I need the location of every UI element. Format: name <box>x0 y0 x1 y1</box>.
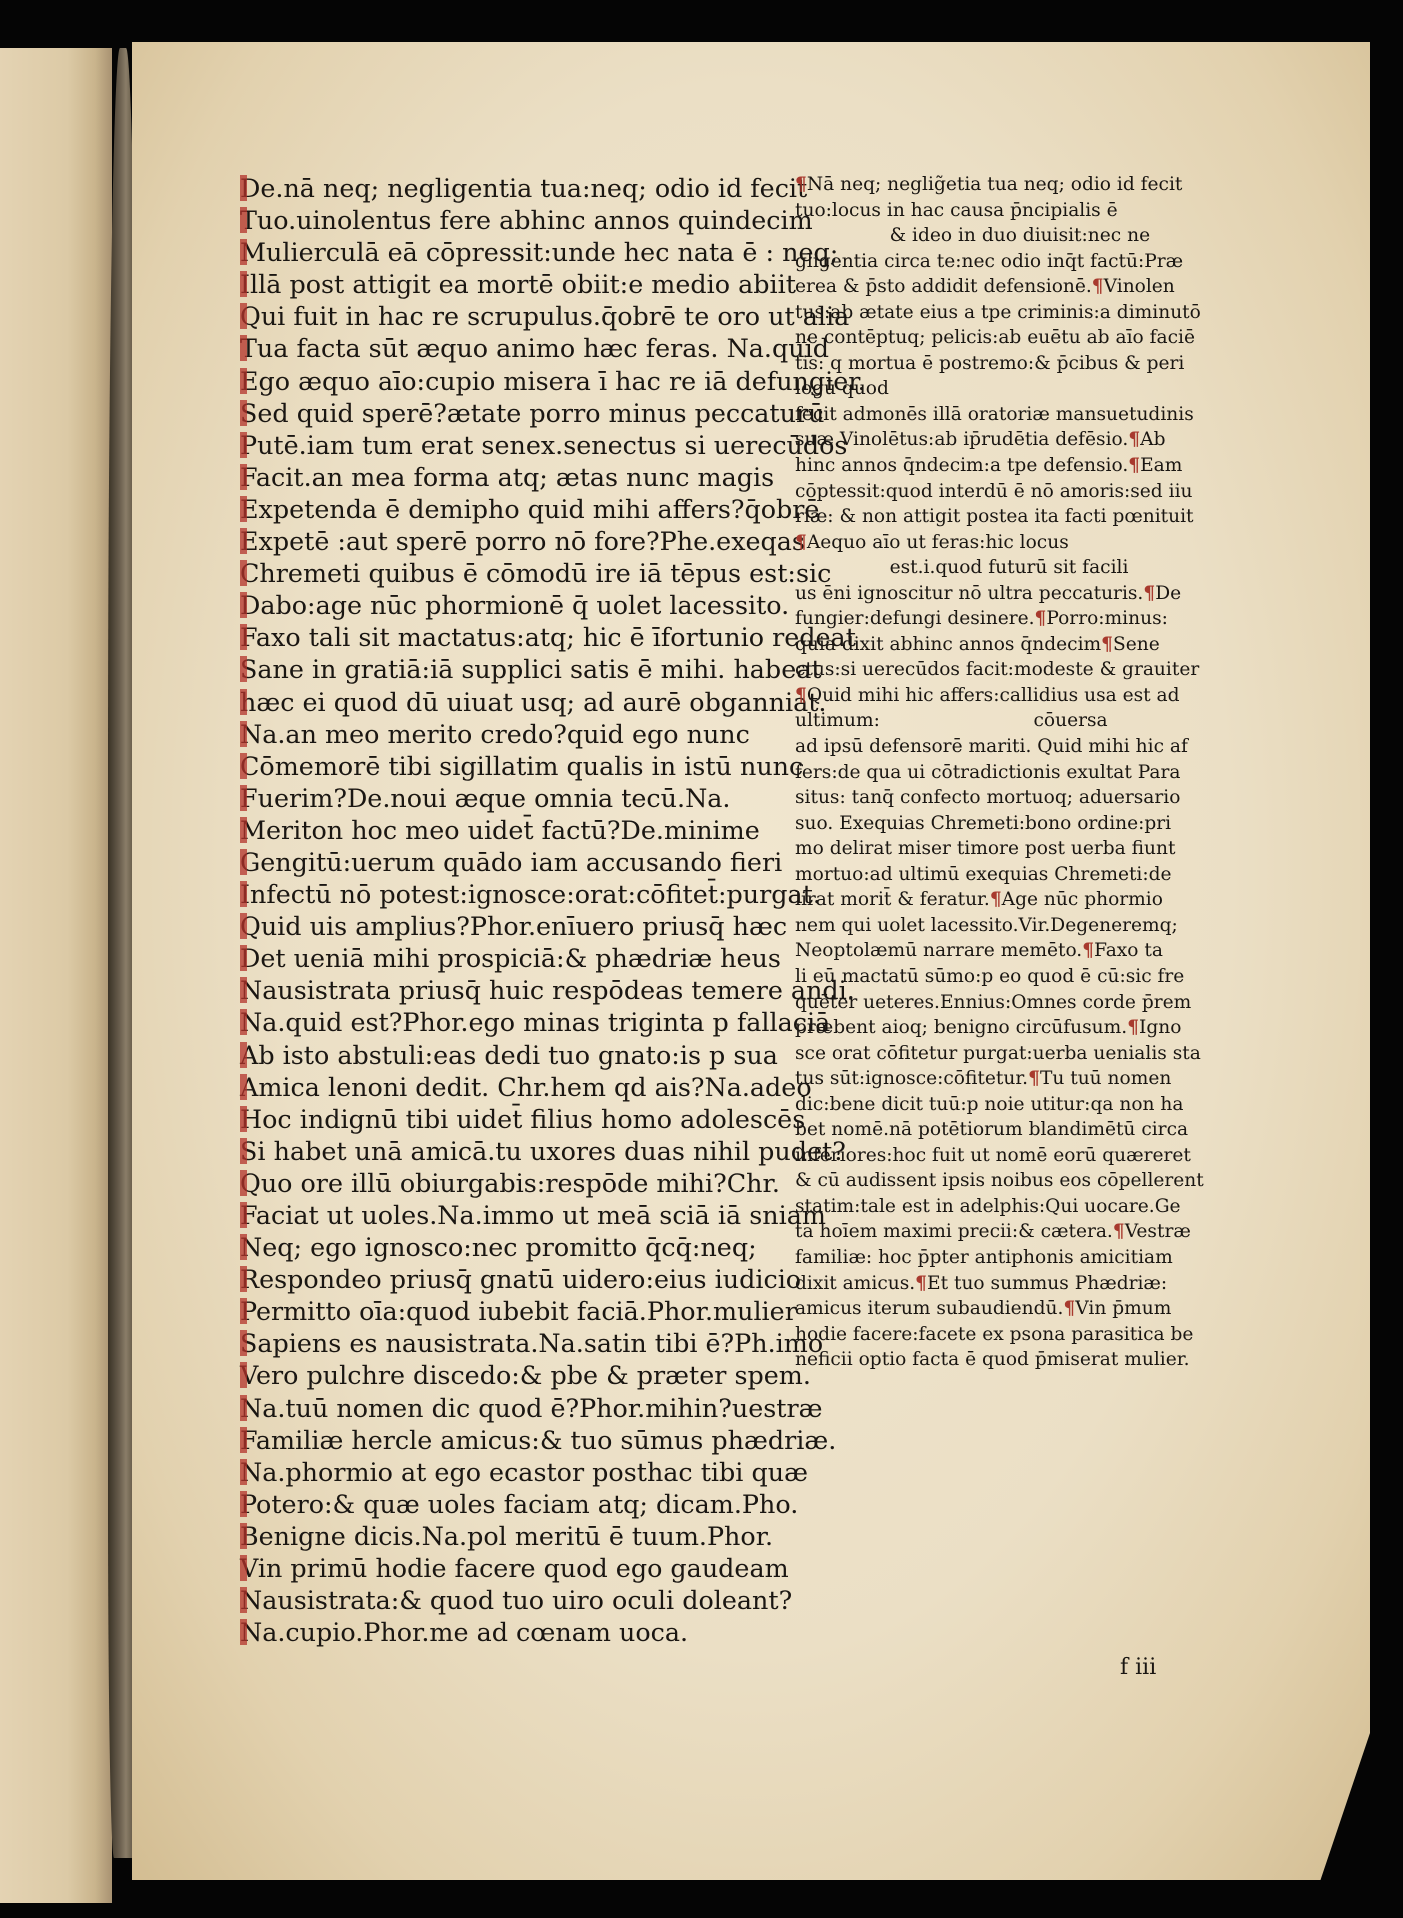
rubric-stroke <box>240 1074 247 1100</box>
paragraph-mark-icon: ¶ <box>1143 583 1155 604</box>
commentary-line: fers:de qua ui cōtradictionis exultat Pa… <box>795 760 1180 786</box>
main-text-line: Na.an meo merito credo?quid ego nunc <box>240 718 760 750</box>
main-text-line: Familiæ hercle amicus:& tuo sūmus phædri… <box>240 1424 760 1456</box>
main-text-line: Quo ore illū obiurgabis:respōde mihi?Chr… <box>240 1167 760 1199</box>
rubric-stroke <box>240 335 247 361</box>
paragraph-mark-icon: ¶ <box>990 889 1002 910</box>
rubric-stroke <box>240 1138 247 1164</box>
rubric-stroke <box>240 1491 247 1517</box>
main-text-line: Benigne dicis.Na.pol meritū ē tuum.Phor. <box>240 1520 760 1552</box>
rubric-stroke <box>240 496 247 522</box>
commentary-line: familiæ: hoc p̄pter antiphonis amicitiam <box>795 1245 1180 1271</box>
commentary-line: cōptessit:quod interdū ē nō amoris:sed i… <box>795 479 1180 505</box>
rubric-stroke <box>240 1362 247 1388</box>
commentary-line: dixit amicus.¶Et tuo summus Phædriæ: <box>795 1271 1180 1297</box>
commentary-line: quia dixit abhinc annos q̄ndecim¶Sene <box>795 632 1180 658</box>
main-text-line: Nausistrata priusq̄ huic respōdeas temer… <box>240 974 760 1006</box>
rubric-stroke <box>240 400 247 426</box>
paragraph-mark-icon: ¶ <box>1092 276 1104 297</box>
rubric-stroke <box>240 1587 247 1613</box>
commentary-line: ¶Nā neq; neglig̃etia tua neq; odio id fe… <box>795 172 1180 198</box>
commentary-line: sce orat cōfitetur purgat:uerba uenialis… <box>795 1041 1180 1067</box>
main-text-line: Ab isto abstuli:eas dedi tuo gnato:is p … <box>240 1039 760 1071</box>
main-text-line: Fuerim?De.noui æque omnia tecū.Na. <box>240 782 760 814</box>
main-text-line: De.nā neq; negligentia tua:neq; odio id … <box>240 172 760 204</box>
commentary-line: fungier:defungi desinere.¶Porro:minus: <box>795 606 1180 632</box>
commentary-line: situs: tanq̄ confecto mortuoq; aduersari… <box>795 785 1180 811</box>
paragraph-mark-icon: ¶ <box>1082 940 1094 961</box>
commentary-line: inferiores:hoc fuit ut nomē eorū quærere… <box>795 1143 1180 1169</box>
rubric-stroke <box>240 1427 247 1453</box>
commentary-line: Neoptolæmū narrare memēto.¶Faxo ta <box>795 938 1180 964</box>
rubric-stroke <box>240 592 247 618</box>
commentary-column: ¶Nā neq; neglig̃etia tua neq; odio id fe… <box>795 172 1180 1373</box>
paragraph-mark-icon: ¶ <box>1035 608 1047 629</box>
commentary-line: quēter ueteres.Ennius:Omnes corde p̄rem <box>795 990 1180 1016</box>
main-text-line: Amica lenoni dedit. Chr.hem qd ais?Na.ad… <box>240 1071 760 1103</box>
main-text-line: Vero pulchre discedo:& pbe & præter spem… <box>240 1359 760 1391</box>
main-text-line: Sapiens es nausistrata.Na.satin tibi ē?P… <box>240 1327 760 1359</box>
rubric-stroke <box>240 785 247 811</box>
rubric-stroke <box>240 271 247 297</box>
main-text-line: Meriton hoc meo uidet̄ factū?De.minime <box>240 814 760 846</box>
main-text-line: Nausistrata:& quod tuo uiro oculi dolean… <box>240 1584 760 1616</box>
commentary-line: fecit admonēs illā oratoriæ mansuetudini… <box>795 402 1180 428</box>
main-text-line: Ego æquo aīo:cupio misera ī hac re iā de… <box>240 365 760 397</box>
rubric-stroke <box>240 849 247 875</box>
main-text-line: Expetē :aut sperē porro nō fore?Phe.exeq… <box>240 525 760 557</box>
main-text-line: Tuo.uinolentus fere abhinc annos quindec… <box>240 204 760 236</box>
rubric-stroke <box>240 1234 247 1260</box>
main-text-line: Facit.an mea forma atq; ætas nunc magis <box>240 461 760 493</box>
rubric-stroke <box>240 175 247 201</box>
commentary-line: & ideo in duo diuisit:nec ne <box>795 223 1180 249</box>
paragraph-mark-icon: ¶ <box>915 1273 927 1294</box>
commentary-line: ultimum: cōuersa <box>795 708 1180 734</box>
rubric-stroke <box>240 1009 247 1035</box>
commentary-line: & cū audissent ipsis noibus eos cōpeller… <box>795 1168 1180 1194</box>
rubric-stroke <box>240 368 247 394</box>
rubric-stroke <box>240 1395 247 1421</box>
paragraph-mark-icon: ¶ <box>1101 634 1113 655</box>
commentary-line: hodie facere:facete ex psona parasitica … <box>795 1322 1180 1348</box>
rubric-stroke <box>240 881 247 907</box>
rubric-stroke <box>240 1619 247 1645</box>
paragraph-mark-icon: ¶ <box>795 174 807 195</box>
commentary-line: ad ipsū defensorē mariti. Quid mihi hic … <box>795 734 1180 760</box>
main-text-line: Hoc indignū tibi uidet̄ filius homo adol… <box>240 1103 760 1135</box>
main-text-line: Cōmemorē tibi sigillatim qualis in istū … <box>240 750 760 782</box>
commentary-line: us ēni ignoscitur nō ultra peccaturis.¶D… <box>795 581 1180 607</box>
main-text-line: Sed quid sperē?ætate porro minus peccatu… <box>240 397 760 429</box>
commentary-line: nem qui uolet lacessito.Vir.Degeneremq; <box>795 913 1180 939</box>
commentary-line: tus sūt:ignosce:cōfitetur.¶Tu tuū nomen <box>795 1066 1180 1092</box>
rubric-stroke <box>240 239 247 265</box>
commentary-line: lirat morit̄ & feratur.¶Age nūc phormio <box>795 887 1180 913</box>
main-text-line: Qui fuit in hac re scrupulus.q̄obrē te o… <box>240 300 760 332</box>
main-text-column: De.nā neq; negligentia tua:neq; odio id … <box>240 172 760 1648</box>
rubric-stroke <box>240 464 247 490</box>
main-text-line: Neq; ego ignosco:nec promitto q̄cq̄:neq; <box>240 1231 760 1263</box>
commentary-line: mo delirat miser timore post uerba fiunt <box>795 836 1180 862</box>
commentary-line: tuo:locus in hac causa p̄ncipialis ē <box>795 198 1180 224</box>
facing-page-left <box>0 48 112 1903</box>
commentary-line: tis: q mortua ē postremo:& p̄cibus & per… <box>795 351 1180 377</box>
main-text-line: Mulierculā eā cōpressit:unde hec nata ē … <box>240 236 760 268</box>
main-text-line: Dabo:age nūc phormionē q̄ uolet lacessit… <box>240 589 760 621</box>
rubric-stroke <box>240 945 247 971</box>
main-text-line: Illā post attigit ea mortē obiit:e medio… <box>240 268 760 300</box>
paragraph-mark-icon: ¶ <box>1128 429 1140 450</box>
main-text-line: Tua facta sūt æquo animo hæc feras. Na.q… <box>240 332 760 364</box>
rubric-stroke <box>240 753 247 779</box>
commentary-line: suo. Exequias Chremeti:bono ordine:pri <box>795 811 1180 837</box>
rubric-stroke <box>240 624 247 650</box>
commentary-line: hinc annos q̄ndecim:a tpe defensio.¶Eam <box>795 453 1180 479</box>
rubric-stroke <box>240 721 247 747</box>
commentary-line: ta hoīem maximi precii:& cætera.¶Vestræ <box>795 1219 1180 1245</box>
main-text-line: Si habet unā amicā.tu uxores duas nihil … <box>240 1135 760 1167</box>
rubric-stroke <box>240 560 247 586</box>
commentary-line: est.i.quod futurū sit facili <box>795 555 1180 581</box>
main-text-line: Chremeti quibus ē cōmodū ire iā tēpus es… <box>240 557 760 589</box>
main-text-line: Na.phormio at ego ecastor posthac tibi q… <box>240 1456 760 1488</box>
rubric-stroke <box>240 207 247 233</box>
main-text-line: Vin primū hodie facere quod ego gaudeam <box>240 1552 760 1584</box>
commentary-line: riæ: & non attigit postea ita facti pœni… <box>795 504 1180 530</box>
paragraph-mark-icon: ¶ <box>795 532 807 553</box>
paragraph-mark-icon: ¶ <box>1127 1017 1139 1038</box>
rubric-stroke <box>240 303 247 329</box>
commentary-line: logū quod <box>795 376 1180 402</box>
main-text-line: Putē.iam tum erat senex.senectus si uere… <box>240 429 760 461</box>
folio-signature: f iii <box>1120 1655 1156 1680</box>
rubric-stroke <box>240 528 247 554</box>
paragraph-mark-icon: ¶ <box>1113 1221 1125 1242</box>
main-text-line: Infectū nō potest:ignosce:orat:cōfitet̄:… <box>240 878 760 910</box>
rubric-stroke <box>240 1202 247 1228</box>
rubric-stroke <box>240 1266 247 1292</box>
paragraph-mark-icon: ¶ <box>1063 1298 1075 1319</box>
main-text-line: hæc ei quod dū uiuat usq; ad aurē obgann… <box>240 686 760 718</box>
rubric-stroke <box>240 817 247 843</box>
commentary-line: statim:tale est in adelphis:Qui uocare.G… <box>795 1194 1180 1220</box>
commentary-line: mortuo:ad ultimū exequias Chremeti:de <box>795 862 1180 888</box>
rubric-stroke <box>240 1106 247 1132</box>
main-text-line: Expetenda ē demipho quid mihi affers?q̄o… <box>240 493 760 525</box>
rubric-stroke <box>240 977 247 1003</box>
commentary-line: li eū mactatū sūmo:p eo quod ē cū:sic fr… <box>795 964 1180 990</box>
commentary-line: erea & p̄sto addidit defensionē.¶Vinolen <box>795 274 1180 300</box>
main-text-line: Na.cupio.Phor.me ad cœnam uoca. <box>240 1616 760 1648</box>
commentary-line: bet nomē.nā potētiorum blandimētū circa <box>795 1117 1180 1143</box>
rubric-stroke <box>240 1459 247 1485</box>
commentary-line: præbent aioq; benigno circūfusum.¶Igno <box>795 1015 1180 1041</box>
main-text-line: Na.tuū nomen dic quod ē?Phor.mihin?uestr… <box>240 1392 760 1424</box>
rubric-stroke <box>240 913 247 939</box>
commentary-line: amicus iterum subaudiendū.¶Vin p̄mum <box>795 1296 1180 1322</box>
main-text-line: Permitto oīa:quod iubebit faciā.Phor.mul… <box>240 1295 760 1327</box>
commentary-line: dic:bene dicit tuū:p noie utitur:qa non … <box>795 1092 1180 1118</box>
commentary-line: suæ.Vinolētus:ab ip̄rudētia defēsio.¶Ab <box>795 427 1180 453</box>
paragraph-mark-icon: ¶ <box>1128 455 1140 476</box>
main-text-line: Na.quid est?Phor.ego minas triginta p fa… <box>240 1006 760 1038</box>
rubric-stroke <box>240 1330 247 1356</box>
rubric-stroke <box>240 1523 247 1549</box>
paragraph-mark-icon: ¶ <box>795 685 807 706</box>
commentary-line: ¶Quid mihi hic affers:callidius usa est … <box>795 683 1180 709</box>
main-text-line: Respondeo priusq̄ gnatū uidero:eius iudi… <box>240 1263 760 1295</box>
commentary-line: ¶Aequo aīo ut feras:hic locus <box>795 530 1180 556</box>
commentary-line: ctus:si uerecūdos facit:modeste & grauit… <box>795 657 1180 683</box>
rubric-stroke <box>240 1555 247 1581</box>
rubric-stroke <box>240 1042 247 1068</box>
rubric-stroke <box>240 432 247 458</box>
rubric-stroke <box>240 656 247 682</box>
commentary-line: ne contēptuq; pelicis:ab euētu ab aīo fa… <box>795 325 1180 351</box>
main-text-line: Potero:& quæ uoles faciam atq; dicam.Pho… <box>240 1488 760 1520</box>
main-text-line: Quid uis amplius?Phor.enīuero priusq̄ hæ… <box>240 910 760 942</box>
rubric-stroke <box>240 1170 247 1196</box>
main-text-line: Det ueniā mihi prospiciā:& phædriæ heus <box>240 942 760 974</box>
main-text-line: Faxo tali sit mactatus:atq; hic ē īfortu… <box>240 621 760 653</box>
paragraph-mark-icon: ¶ <box>1028 1068 1040 1089</box>
commentary-line: tus:ab ætate eius a tpe criminis:a dimin… <box>795 300 1180 326</box>
rubric-stroke <box>240 1298 247 1324</box>
rubric-stroke <box>240 689 247 715</box>
main-text-line: Gengitū:uerum quādo iam accusando fieri <box>240 846 760 878</box>
main-text-line: Sane in gratiā:iā supplici satis ē mihi.… <box>240 653 760 685</box>
commentary-line: gligentia circa te:nec odio inq̄t factū:… <box>795 249 1180 275</box>
main-text-line: Faciat ut uoles.Na.immo ut meā sciā iā s… <box>240 1199 760 1231</box>
commentary-line: neficii optio facta ē quod p̄miserat mul… <box>795 1347 1180 1373</box>
